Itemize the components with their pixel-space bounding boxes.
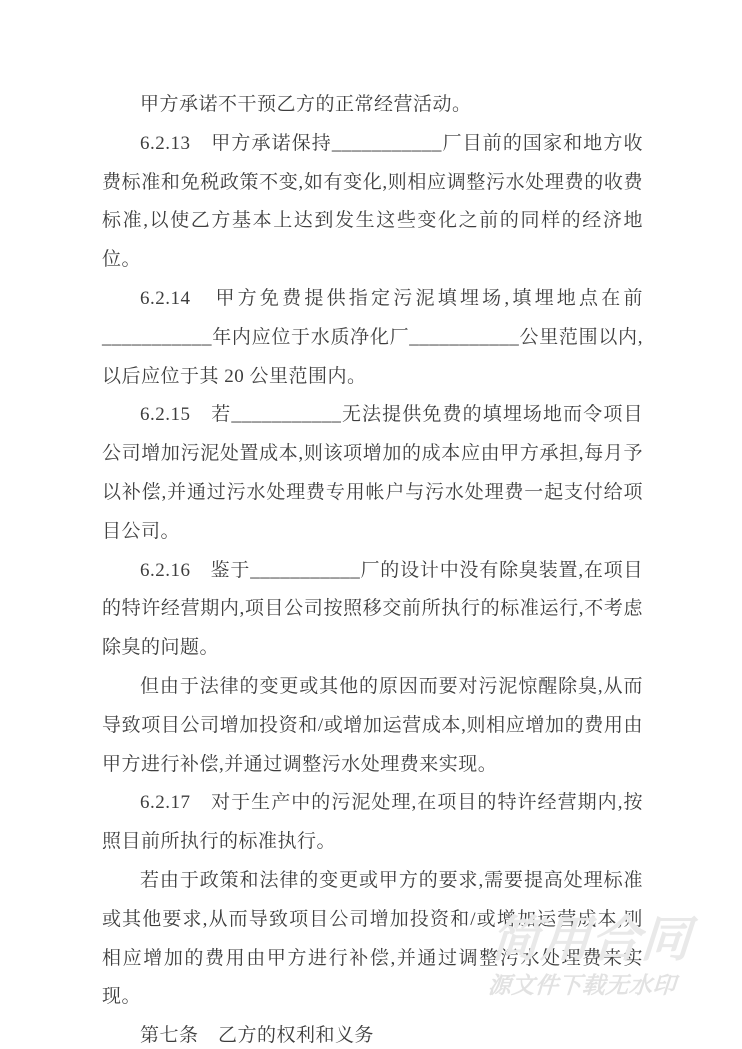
clause-6-2-13: 6.2.13 甲方承诺保持___________厂目前的国家和地方收费标准和免税… [102, 125, 643, 280]
clause-6-2-14: 6.2.14 甲方免费提供指定污泥填埋场,填埋地点在前___________年内… [102, 280, 643, 396]
clause-6-2-15: 6.2.15 若___________无法提供免费的填埋场地而令项目公司增加污泥… [102, 396, 643, 551]
para-standard-change-compensation: 若由于政策和法律的变更或甲方的要求,需要提高处理标准或其他要求,从而导致项目公司… [102, 862, 643, 1017]
clause-6-2-16: 6.2.16 鉴于___________厂的设计中没有除臭装置,在项目的特许经营… [102, 552, 643, 668]
contract-body: 甲方承诺不干预乙方的正常经营活动。 6.2.13 甲方承诺保持_________… [102, 86, 643, 1049]
para-odor-exception: 但由于法律的变更或其他的原因而要对污泥惊醒除臭,从而导致项目公司增加投资和/或增… [102, 668, 643, 784]
heading-article-7: 第七条 乙方的权利和义务 [102, 1017, 643, 1049]
clause-6-2-17: 6.2.17 对于生产中的污泥处理,在项目的特许经营期内,按照目前所执行的标准执… [102, 784, 643, 862]
para-no-interference: 甲方承诺不干预乙方的正常经营活动。 [102, 86, 643, 125]
document-page: 甲方承诺不干预乙方的正常经营活动。 6.2.13 甲方承诺保持_________… [0, 0, 742, 1049]
